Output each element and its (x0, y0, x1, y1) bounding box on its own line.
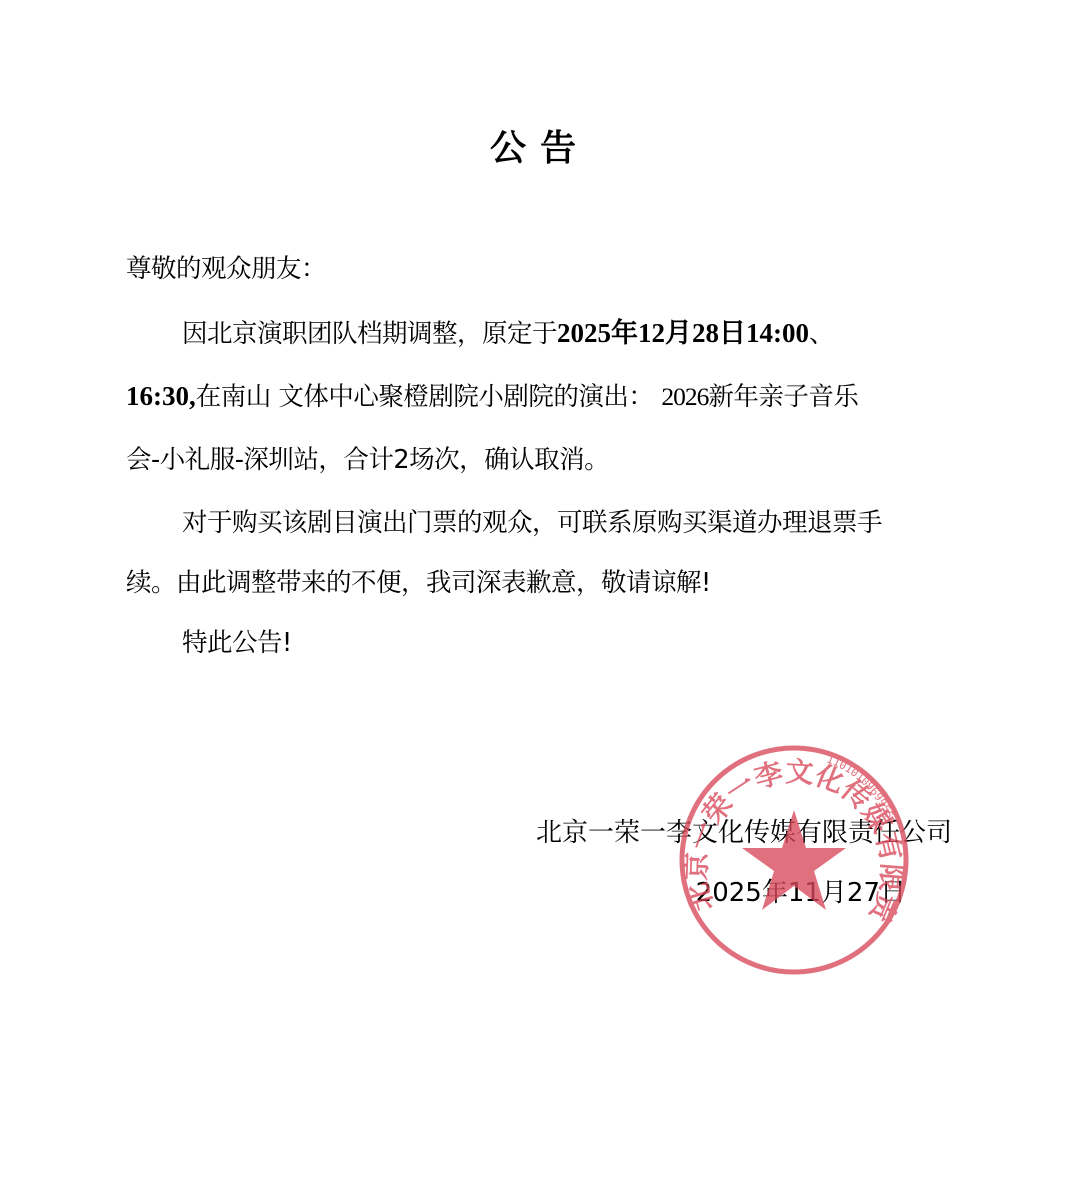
event-time-2: 16:30, (126, 381, 196, 411)
event-name: 新年亲子音乐 (708, 382, 858, 412)
salutation: 尊敬的观众朋友： (126, 252, 326, 286)
seal-code: 1101010969955 (825, 753, 896, 821)
notice-title: 公告 (0, 120, 1066, 171)
company-seal-icon: 北京一荣一李文化传媒有限责任公司 1101010969955 (678, 744, 910, 976)
event-year: 2026 (661, 382, 708, 411)
paragraph-1-line-2: 16:30,在南山 文体中心聚橙剧院小剧院的演出：2026新年亲子音乐 (126, 379, 858, 414)
signature-company: 北京一荣一李文化传媒有限责任公司 (536, 816, 952, 850)
venue-text: 在南山 文体中心聚橙剧院小剧院的演出： (196, 382, 654, 412)
paragraph-1-text: 因北京演职团队档期调整，原定于 (182, 319, 557, 349)
event-date-time: 2025年12月28日14:00 (557, 318, 809, 348)
paragraph-2-line-2: 续。由此调整带来的不便，我司深表歉意，敬请谅解! (126, 566, 711, 600)
punctuation: 、 (809, 319, 834, 349)
paragraph-1-line-3: 会-小礼服-深圳站，合计2场次，确认取消。 (126, 443, 609, 477)
svg-text:1101010969955: 1101010969955 (825, 753, 896, 821)
paragraph-2-line-1: 对于购买该剧目演出门票的观众，可联系原购买渠道办理退票手 (182, 506, 882, 540)
signature-date: 2025年11月27日 (696, 876, 906, 910)
paragraph-1-line-1: 因北京演职团队档期调整，原定于2025年12月28日14:00、 (182, 316, 834, 351)
closing-text: 特此公告! (182, 626, 292, 660)
